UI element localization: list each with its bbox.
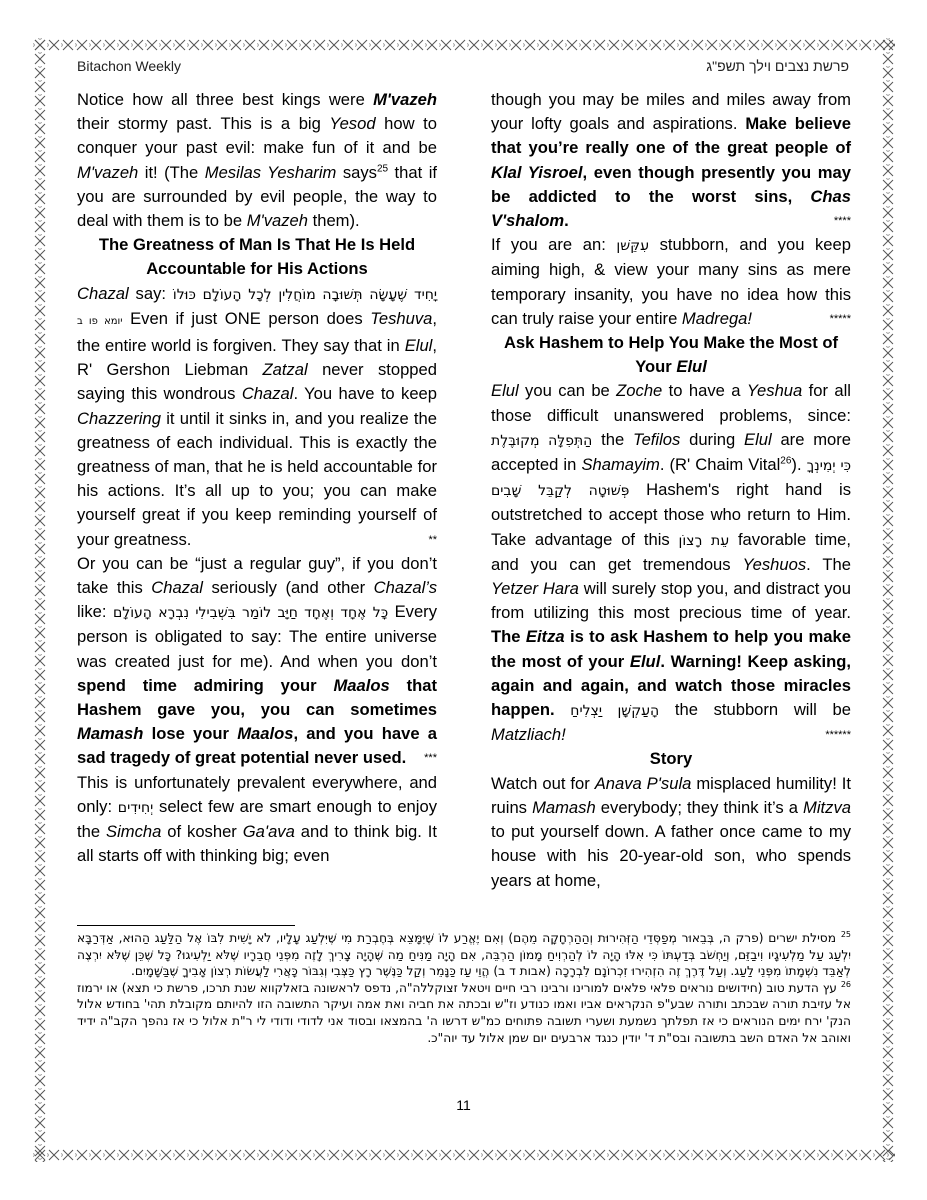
footnote-text: עץ הדעת טוב (חידושים נוראים פלאי פלאים ל… [77, 981, 851, 1045]
footnote-text: מסילת ישרים (פרק ה, בְּבֵאוּר מְפַסְּדֵי… [77, 931, 851, 978]
hebrew-quote: הַתְּפִלָּה מְקוּבֶּלֶת [491, 433, 592, 449]
border-pattern-icon [33, 1148, 895, 1162]
right-column: though you may be miles and miles away f… [491, 88, 851, 893]
hebrew-word: עִקֵּשׁן [616, 238, 649, 254]
paragraph: Watch out for Anava P'sula misplaced hum… [491, 772, 851, 893]
paragraph: Chazal say: יָחִיד שֶׁעָשָׂה תְּשׁוּבָה … [77, 282, 437, 552]
hebrew-quote: כָּל אֶחָד וְאֶחָד חַיָּב לוֹמַר בִּשְׁב… [113, 605, 388, 621]
footnotes: 25 מסילת ישרים (פרק ה, בְּבֵאוּר מְפַסְּ… [77, 930, 851, 1046]
footnote-ref[interactable]: 26 [780, 456, 791, 467]
hebrew-quote: הָעַקְשָׁן יַצְלִיחַ [570, 703, 659, 719]
left-column: Notice how all three best kings were M'v… [77, 88, 437, 869]
footnote-number: 26 [841, 980, 851, 989]
border-pattern-icon [33, 38, 47, 1162]
section-stars: *** [424, 746, 437, 770]
border-pattern-icon [33, 38, 895, 52]
page-number: 11 [0, 1097, 927, 1113]
section-stars: ***** [830, 307, 851, 331]
section-stars: ** [428, 528, 437, 552]
section-stars: ****** [825, 723, 851, 747]
publication-title: Bitachon Weekly [77, 58, 181, 74]
paragraph: Elul you can be Zoche to have a Yeshua f… [491, 379, 851, 747]
border-pattern-icon [881, 38, 895, 1162]
paragraph: This is unfortunately prevalent everywhe… [77, 771, 437, 869]
section-heading: Story [491, 747, 851, 771]
footnote-number: 25 [841, 930, 851, 939]
parsha-title: פרשת נצבים וילך תשפ"ג [706, 58, 849, 74]
hebrew-source: יומא פו ב [77, 316, 123, 327]
paragraph: If you are an: עִקֵּשׁן stubborn, and yo… [491, 233, 851, 331]
section-heading: The Greatness of Man Is That He Is Held … [77, 233, 437, 281]
footnote-ref[interactable]: 25 [377, 163, 388, 174]
footnote-separator [77, 925, 295, 926]
section-heading: Ask Hashem to Help You Make the Most of … [491, 331, 851, 379]
page-header: Bitachon Weekly פרשת נצבים וילך תשפ"ג [77, 58, 849, 78]
hebrew-word: יְחִידִים [118, 800, 153, 816]
hebrew-quote: יָחִיד שֶׁעָשָׂה תְּשׁוּבָה מוֹחֲלִין לְ… [173, 287, 437, 303]
footnote: 25 מסילת ישרים (פרק ה, בְּבֵאוּר מְפַסְּ… [77, 930, 851, 980]
hebrew-phrase: עֵת רָצוֹן [679, 533, 730, 549]
paragraph: though you may be miles and miles away f… [491, 88, 851, 233]
paragraph: Notice how all three best kings were M'v… [77, 88, 437, 233]
footnote: 26 עץ הדעת טוב (חידושים נוראים פלאי פלאי… [77, 980, 851, 1046]
section-stars: **** [834, 209, 851, 233]
paragraph: Or you can be “just a regular guy”, if y… [77, 552, 437, 771]
